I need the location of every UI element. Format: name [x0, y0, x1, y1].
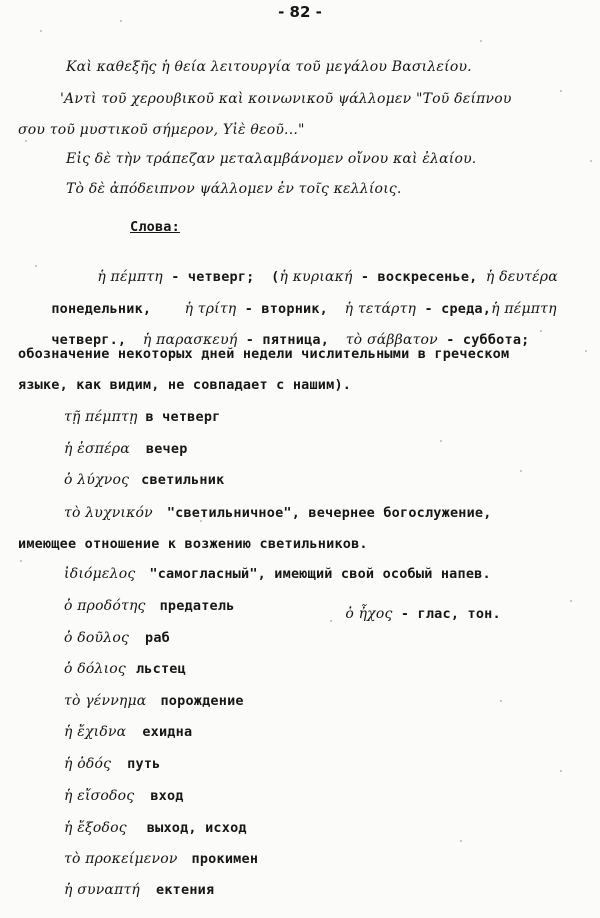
russian-translation: "светильничное", вечернее богослужение, — [167, 505, 492, 521]
document-page: - 82 - Καὶ καθεξῆς ἡ θεία λειτουργία τοῦ… — [0, 0, 600, 918]
greek-word: ἡ ἑσπέρα — [64, 441, 130, 457]
greek-word: τῇ πέμπτῃ — [64, 409, 138, 425]
scan-speck — [440, 440, 442, 442]
greek-line-1: Καὶ καθεξῆς ἡ θεία λειτουργία τοῦ μεγάλο… — [66, 58, 472, 76]
scan-speck — [460, 840, 462, 842]
russian-translation: льстец — [136, 661, 186, 677]
greek-word: ἡ συναπτή — [64, 882, 140, 898]
scan-speck — [330, 620, 332, 622]
scan-speck — [25, 140, 27, 142]
russian-translation: выход, исход — [147, 820, 247, 836]
russian-translation: ехидна — [142, 724, 192, 740]
russian-translation: порождение — [160, 693, 243, 709]
russian-translation: ектения — [156, 882, 214, 898]
vocab-entry: ὁ λύχνοςсветильник — [64, 471, 224, 489]
greek-word: ἡ εἴσοδος — [64, 788, 134, 804]
greek-word: ὁ ἦχος — [345, 606, 392, 622]
scan-speck — [540, 330, 542, 332]
greek-line-3: σου τοῦ μυστικοῦ σήμερον, Υἱὲ θεοῦ..." — [18, 121, 305, 139]
vocab-entry: ἡ ἑσπέραвечер — [64, 440, 188, 458]
russian-translation: светильник — [141, 472, 224, 488]
russian-translation: имеющее отношение к возжению светильнико… — [18, 536, 368, 552]
vocab-entry: ἰδιόμελος"самогласный", имеющий свой осо… — [64, 565, 491, 583]
scan-speck — [590, 160, 592, 162]
greek-word: τὸ προκείμενον — [64, 851, 178, 867]
scan-speck — [585, 350, 587, 352]
scan-speck — [570, 600, 572, 602]
greek-word: ὁ προδότης — [64, 598, 146, 614]
greek-word: ἡ ἔξοδος — [64, 820, 127, 836]
vocab-entry: ἡ ἔξοδοςвыход, исход — [64, 819, 247, 837]
greek-word: ὁ δόλιος — [64, 661, 126, 677]
vocab-entry: ὁ προδότηςпредатель — [64, 597, 235, 615]
vocab-entry: τὸ λυχνικόν"светильничное", вечернее бог… — [64, 504, 492, 522]
vocab-entry: ὁ δόλιοςльстец — [64, 660, 186, 678]
vocab-entry: ἡ εἴσοδοςвход — [64, 787, 184, 805]
intro-line-4: обозначение некоторых дней недели числит… — [18, 345, 509, 363]
scan-speck — [560, 90, 562, 92]
greek-word: ἡ ἔχιδνα — [64, 724, 126, 740]
greek-line-5: Τὸ δὲ ἀπόδειπνον ψάλλομεν ἐν τοῖς κελλίο… — [66, 180, 402, 198]
greek-word: ἡ ὁδός — [64, 756, 111, 772]
scan-speck — [560, 770, 562, 772]
russian-translation: вход — [150, 788, 183, 804]
scan-speck — [35, 265, 37, 267]
intro-line-5: языке, как видим, не совпадает с нашим). — [18, 376, 351, 394]
russian-translation: предатель — [160, 598, 235, 614]
vocab-entry: τῇ πέμπτῃв четверг — [64, 408, 220, 426]
vocab-entry: ἡ ὁδόςпуть — [64, 755, 160, 773]
vocab-entry: имеющее отношение к возжению светильнико… — [18, 535, 368, 553]
greek-word: τὸ γέννημα — [64, 693, 146, 709]
greek-word: ὁ δοῦλος — [64, 630, 129, 646]
vocab-entry: τὸ γέννημαпорождение — [64, 692, 244, 710]
russian-translation: "самогласный", имеющий свой особый напев… — [149, 566, 490, 582]
scan-speck — [200, 520, 202, 522]
greek-line-2: 'Αντὶ τοῦ χερουβικοῦ καὶ κοινωνικοῦ ψάλλ… — [60, 90, 512, 108]
russian-translation: путь — [127, 756, 160, 772]
vocab-heading: Слова: — [130, 218, 180, 236]
scan-speck — [120, 20, 122, 22]
russian-translation: в четверг — [146, 409, 221, 425]
scan-speck — [480, 40, 482, 42]
russian-translation: вечер — [146, 441, 188, 457]
russian-translation: прокимен — [192, 851, 259, 867]
greek-word: ὁ λύχνος — [64, 472, 129, 488]
greek-word: τὸ λυχνικόν — [64, 505, 153, 521]
scan-speck — [20, 560, 22, 562]
vocab-entry: τὸ προκείμενονпрокимен — [64, 850, 258, 868]
page-number: - 82 - — [0, 3, 600, 21]
scan-speck — [520, 470, 522, 472]
scan-speck — [500, 700, 502, 702]
side-note: ὁ ἦχος - глас, тон. — [312, 587, 501, 641]
russian-translation: раб — [145, 630, 170, 646]
russian-text: - глас, тон. — [393, 606, 501, 622]
scan-speck — [40, 30, 42, 32]
greek-word: ἰδιόμελος — [64, 566, 135, 582]
vocab-entry: ἡ συναπτήектения — [64, 881, 214, 899]
vocab-entry: ὁ δοῦλοςраб — [64, 629, 170, 647]
vocab-entry: ἡ ἔχιδναехидна — [64, 723, 192, 741]
greek-line-4: Εἰς δὲ τὴν τράπεζαν μεταλαμβάνομεν οἴνου… — [66, 150, 476, 168]
